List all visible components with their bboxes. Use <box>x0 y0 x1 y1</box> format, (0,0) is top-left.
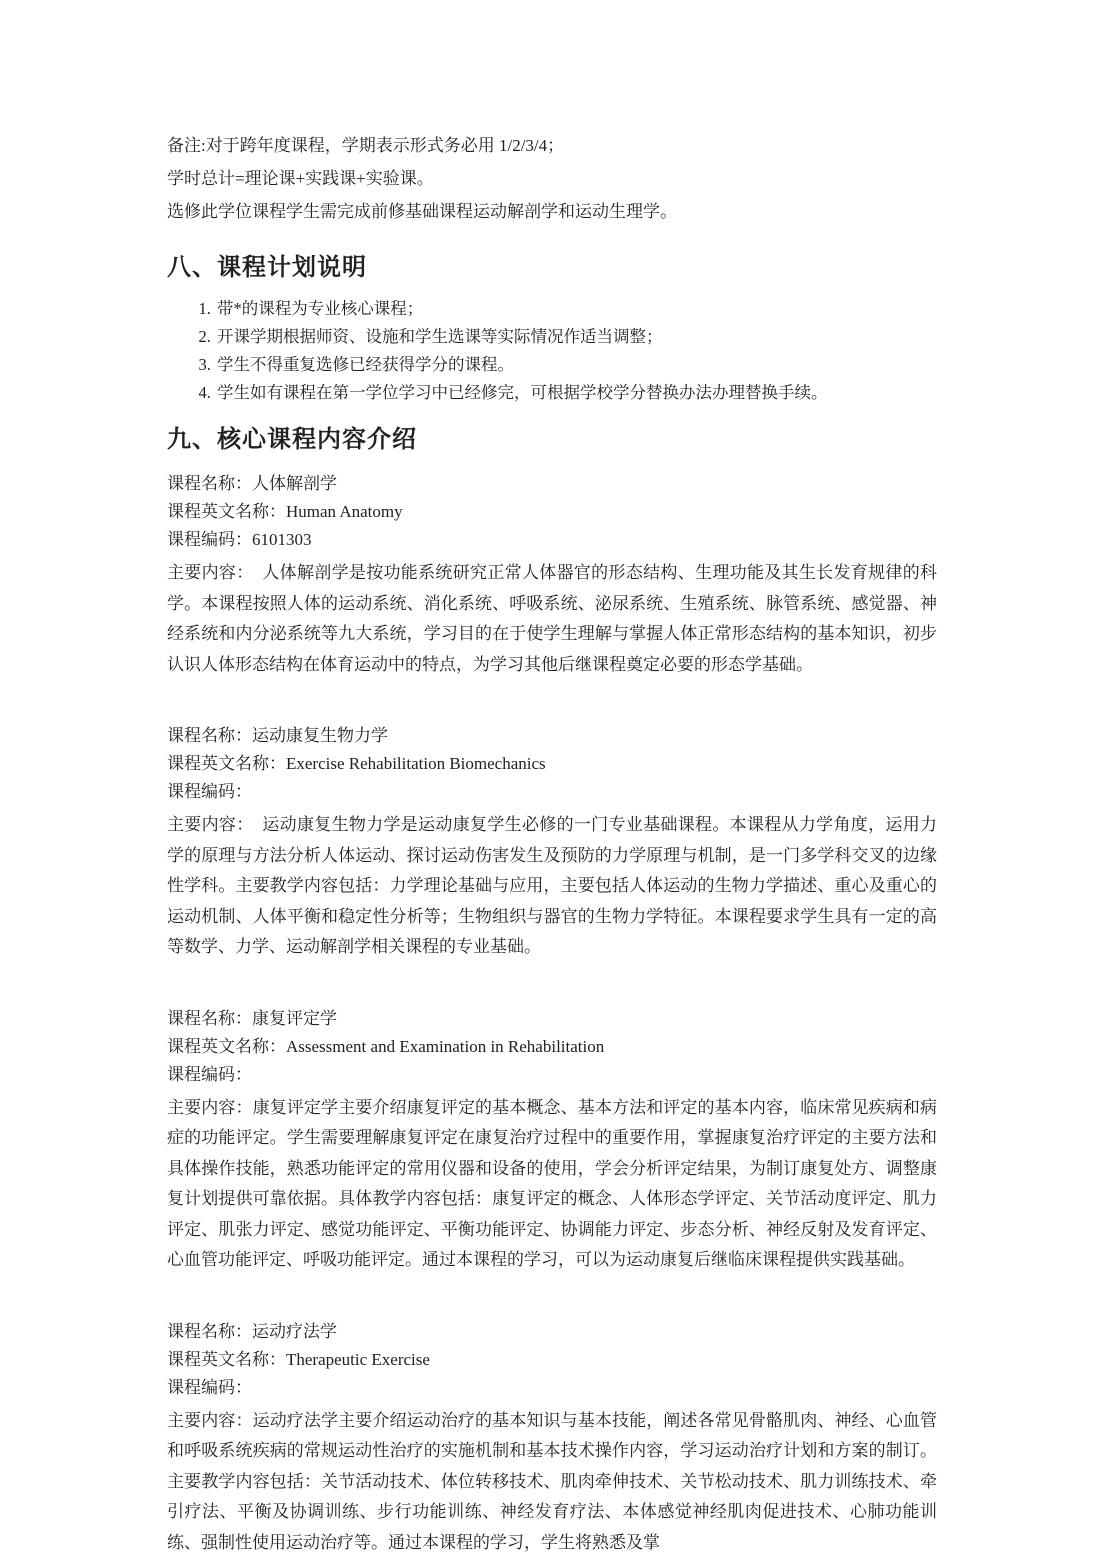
course-block: 课程名称：人体解剖学 课程英文名称：Human Anatomy 课程编码：610… <box>167 474 937 726</box>
course-code-label: 课程编码： <box>167 1065 252 1084</box>
section-8-title: 八、课程计划说明 <box>167 254 937 282</box>
course-content-label: 主要内容： <box>167 1098 253 1117</box>
course-code-row: 课程编码： <box>167 782 937 801</box>
block-spacer <box>167 680 937 726</box>
course-content-text: 运动疗法学主要介绍运动治疗的基本知识与基本技能，阐述各常见骨骼肌肉、神经、心血管… <box>167 1411 937 1552</box>
course-block: 课程名称：康复评定学 课程英文名称：Assessment and Examina… <box>167 1009 937 1322</box>
course-content: 主要内容：运动疗法学主要介绍运动治疗的基本知识与基本技能，阐述各常见骨骼肌肉、神… <box>167 1406 937 1559</box>
course-en-name-value: Assessment and Examination in Rehabilita… <box>286 1037 604 1056</box>
course-en-name-value: Therapeutic Exercise <box>286 1350 430 1369</box>
course-block: 课程名称：运动康复生物力学 课程英文名称：Exercise Rehabilita… <box>167 726 937 1009</box>
course-en-name-label: 课程英文名称： <box>167 1350 286 1369</box>
course-name-label: 课程名称： <box>167 1322 252 1341</box>
note-line: 学时总计=理论课+实践课+实验课。 <box>167 169 937 189</box>
document-page: 备注:对于跨年度课程，学期表示形式务必用 1/2/3/4； 学时总计=理论课+实… <box>0 0 1102 1559</box>
course-en-name-value: Human Anatomy <box>286 502 403 521</box>
course-en-name-label: 课程英文名称： <box>167 1037 286 1056</box>
course-content-text: 人体解剖学是按功能系统研究正常人体器官的形态结构、生理功能及其生长发育规律的科学… <box>167 563 937 674</box>
course-name-row: 课程名称：康复评定学 <box>167 1009 937 1028</box>
course-code-label: 课程编码： <box>167 530 252 549</box>
note-line: 选修此学位课程学生需完成前修基础课程运动解剖学和运动生理学。 <box>167 202 937 222</box>
course-en-name-row: 课程英文名称：Assessment and Examination in Reh… <box>167 1037 937 1056</box>
course-content-label: 主要内容： <box>167 815 245 834</box>
course-en-name-label: 课程英文名称： <box>167 754 286 773</box>
course-name-row: 课程名称：运动疗法学 <box>167 1322 937 1341</box>
block-spacer <box>167 1276 937 1322</box>
course-block: 课程名称：运动疗法学 课程英文名称：Therapeutic Exercise 课… <box>167 1322 937 1559</box>
section-9-title: 九、核心课程内容介绍 <box>167 426 937 454</box>
course-name-label: 课程名称： <box>167 726 252 745</box>
plan-item: 学生如有课程在第一学位学习中已经修完，可根据学校学分替换办法办理替换手续。 <box>215 383 937 402</box>
course-name-label: 课程名称： <box>167 474 252 493</box>
block-spacer <box>167 963 937 1009</box>
plan-list: 带*的课程为专业核心课程； 开课学期根据师资、设施和学生选课等实际情况作适当调整… <box>167 299 937 402</box>
course-en-name-row: 课程英文名称：Exercise Rehabilitation Biomechan… <box>167 754 937 773</box>
plan-item: 学生不得重复选修已经获得学分的课程。 <box>215 355 937 374</box>
course-name-value: 康复评定学 <box>252 1009 337 1028</box>
course-content-label: 主要内容： <box>167 563 245 582</box>
course-code-row: 课程编码： <box>167 1065 937 1084</box>
course-en-name-label: 课程英文名称： <box>167 502 286 521</box>
course-content: 主要内容： 人体解剖学是按功能系统研究正常人体器官的形态结构、生理功能及其生长发… <box>167 558 937 680</box>
course-code-value: 6101303 <box>252 530 312 549</box>
course-content: 主要内容：康复评定学主要介绍康复评定的基本概念、基本方法和评定的基本内容，临床常… <box>167 1093 937 1276</box>
course-en-name-value: Exercise Rehabilitation Biomechanics <box>286 754 546 773</box>
course-en-name-row: 课程英文名称：Therapeutic Exercise <box>167 1350 937 1369</box>
course-content-text: 运动康复生物力学是运动康复学生必修的一门专业基础课程。本课程从力学角度，运用力学… <box>167 815 937 956</box>
course-name-value: 运动康复生物力学 <box>252 726 388 745</box>
course-code-label: 课程编码： <box>167 1378 252 1397</box>
course-name-row: 课程名称：人体解剖学 <box>167 474 937 493</box>
course-content-label: 主要内容： <box>167 1411 253 1430</box>
course-name-row: 课程名称：运动康复生物力学 <box>167 726 937 745</box>
plan-item: 带*的课程为专业核心课程； <box>215 299 937 318</box>
course-name-value: 运动疗法学 <box>252 1322 337 1341</box>
course-code-row: 课程编码：6101303 <box>167 530 937 549</box>
course-en-name-row: 课程英文名称：Human Anatomy <box>167 502 937 521</box>
course-code-label: 课程编码： <box>167 782 252 801</box>
course-name-label: 课程名称： <box>167 1009 252 1028</box>
course-content: 主要内容： 运动康复生物力学是运动康复学生必修的一门专业基础课程。本课程从力学角… <box>167 810 937 963</box>
course-content-text: 康复评定学主要介绍康复评定的基本概念、基本方法和评定的基本内容，临床常见疾病和病… <box>167 1098 937 1270</box>
plan-item: 开课学期根据师资、设施和学生选课等实际情况作适当调整； <box>215 327 937 346</box>
course-name-value: 人体解剖学 <box>252 474 337 493</box>
note-line: 备注:对于跨年度课程，学期表示形式务必用 1/2/3/4； <box>167 136 937 156</box>
course-code-row: 课程编码： <box>167 1378 937 1397</box>
